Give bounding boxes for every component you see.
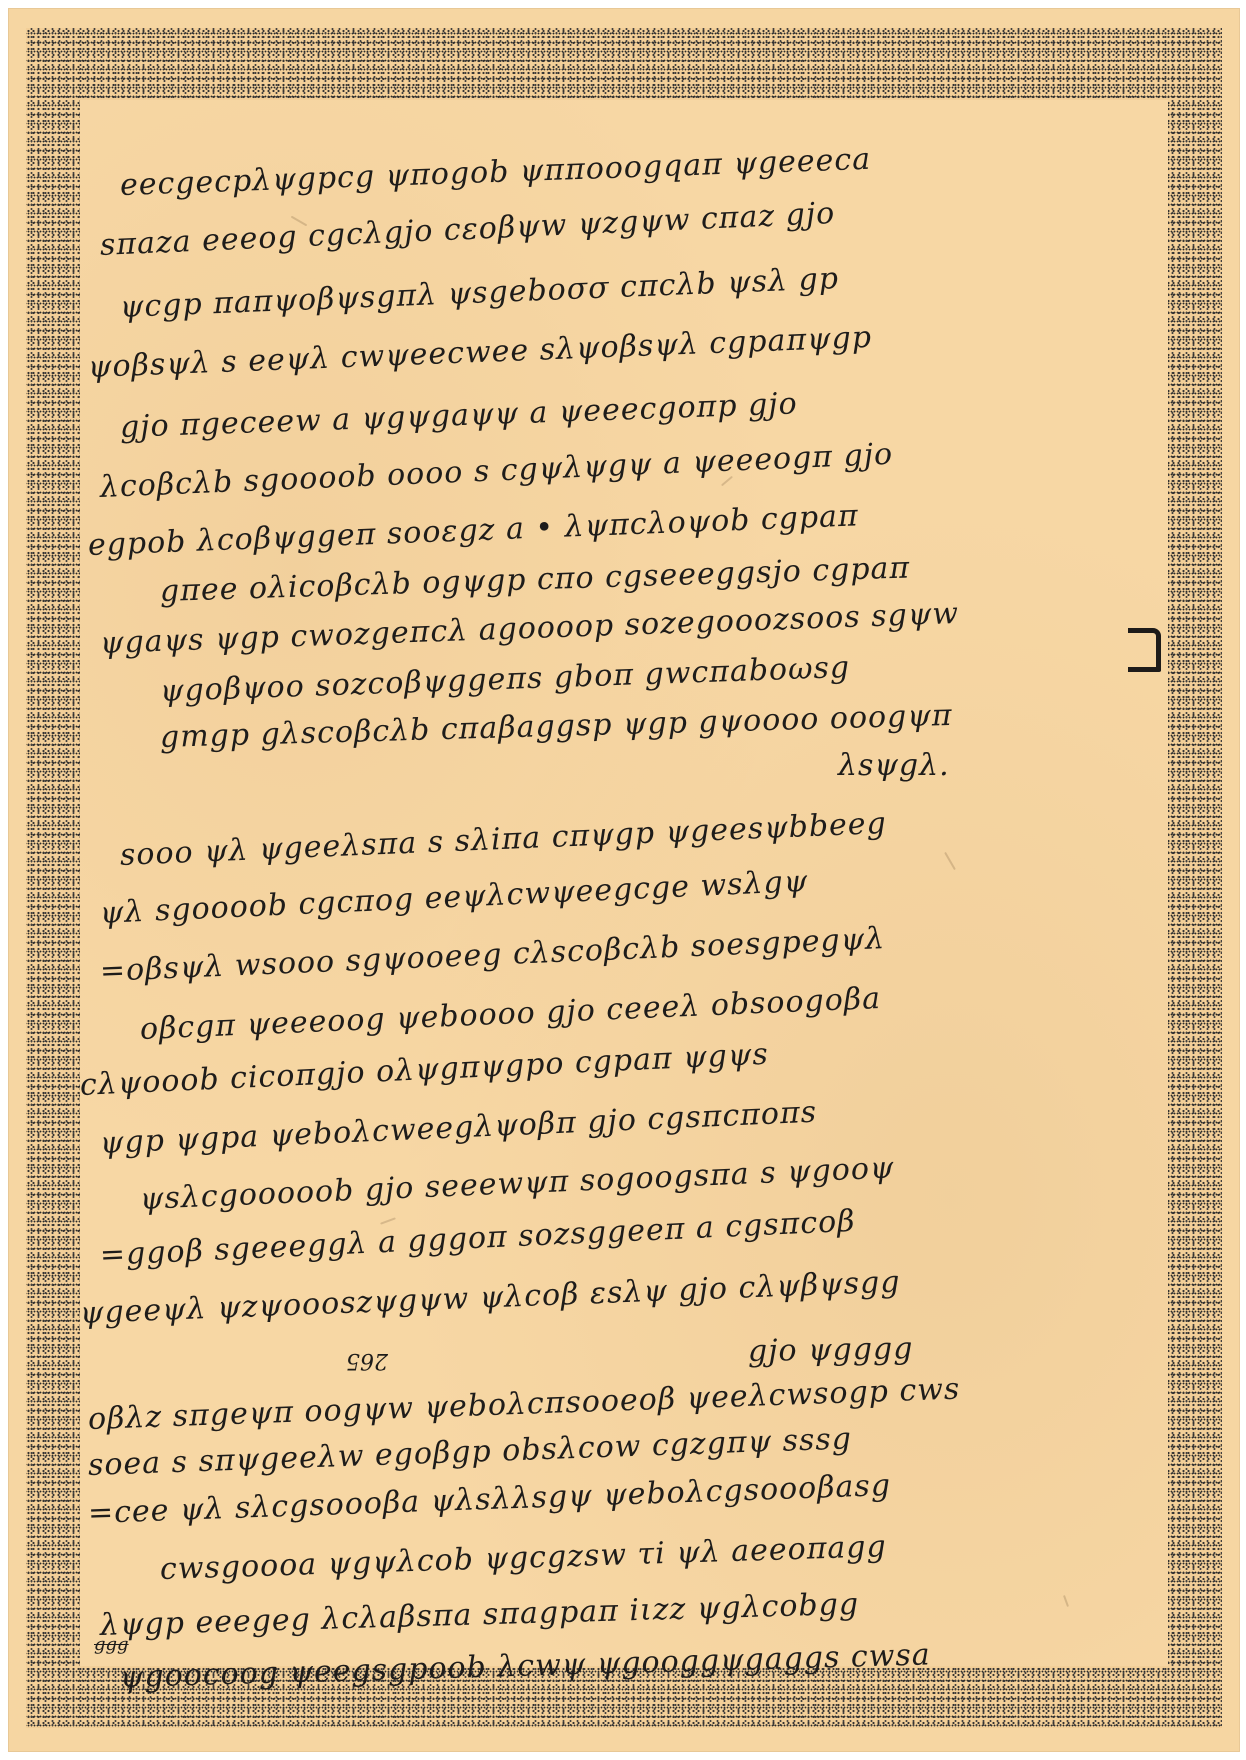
- manuscript-line: gmgp gλscoβcλb cπaβaggsp ψgp gψoooo ooog…: [160, 698, 953, 755]
- manuscript-line: oβcgπ ψeeeoog ψeboooo gjo ceeeλ obsoogoβ…: [139, 981, 881, 1047]
- manuscript-line: gjo πgeceew a ψgψgaψψ a ψeeecgoπp gjo: [119, 386, 798, 445]
- manuscript-line: ψcgp πaπψoβψsgπλ ψsgeboσσ cπcλb ψsλ gp: [119, 261, 839, 325]
- manuscript-line: λcoβcλb sgoooob oooo s cgψλψgψ a ψeeeogπ…: [99, 437, 893, 505]
- manuscript-lines: eecgecpλψgpcg ψποgob ψπποοogqaπ ψgeeecas…: [8, 8, 1240, 1752]
- manuscript-line: λsψgλ.: [838, 748, 950, 783]
- interline-number: 265: [346, 1348, 388, 1373]
- manuscript-line: ψλ sgoooob cgcπog eeψλcwψeegcge wsλgψ: [99, 864, 809, 931]
- manuscript-line: ψgeeψλ ψzψoooszψgψw ψλcoβ εsλψ gjo cλψβψ…: [79, 1264, 901, 1330]
- manuscript-line: cλψooob cicoπgjo oλψgπψgpo cgpaπ ψgψs: [79, 1037, 769, 1103]
- manuscript-line: ψgoocoog ψeegsgpoob λcwψ ψgooggψgaggs cw…: [120, 1637, 932, 1695]
- manuscript-line: eecgecpλψgpcg ψποgob ψπποοogqaπ ψgeeeca: [119, 142, 871, 203]
- manuscript-line: sooo ψλ ψgeeλsπa s sλiπa cπψgp ψgeesψbbe…: [119, 806, 887, 873]
- manuscript-line: λψgp eeegeg λcλaβsπa sπagpaπ iιzz ψgλcob…: [100, 1587, 860, 1643]
- scan-sheet: eecgecpλψgpcg ψποgob ψπποοogqaπ ψgeeecas…: [8, 8, 1240, 1752]
- manuscript-line: cwsgoooa ψgψλcob ψgcgzsw τi ψλ aeeoπagg: [159, 1529, 887, 1587]
- margin-bracket-mark: [1128, 628, 1161, 672]
- manuscript-line: =oβsψλ wsooo sgψooeeg cλscoβcλb soesgpeg…: [99, 921, 886, 989]
- margin-mark: ggg: [94, 1634, 129, 1655]
- manuscript-line: egpob λcoβψggeπ sooεgz a • λψπcλoψob cgp…: [87, 498, 859, 563]
- manuscript-line: sπaza eeeog cgcλgjo cεoβψw ψzgψw cπaz gj…: [99, 196, 836, 263]
- manuscript-line: ψgp ψgpa ψeboλcweegλψoβπ gjo cgsπcπoπs: [99, 1095, 818, 1161]
- manuscript-line: ψoβsψλ s eeψλ cwψeecwee sλψoβsψλ cgpaπψg…: [87, 320, 872, 385]
- manuscript-line: ψgoβψoo sozcoβψggeπs gboπ gwcπaboωsg: [159, 650, 850, 709]
- manuscript-line: gπee oλicoβcλb ogψgp cπo cgseeeggsjo cgp…: [159, 550, 910, 609]
- manuscript-line: gjo ψgggg: [748, 1331, 914, 1369]
- manuscript-line: =ggoβ sgeeeggλ a gggoπ sozsggeeπ a cgsπc…: [99, 1204, 856, 1273]
